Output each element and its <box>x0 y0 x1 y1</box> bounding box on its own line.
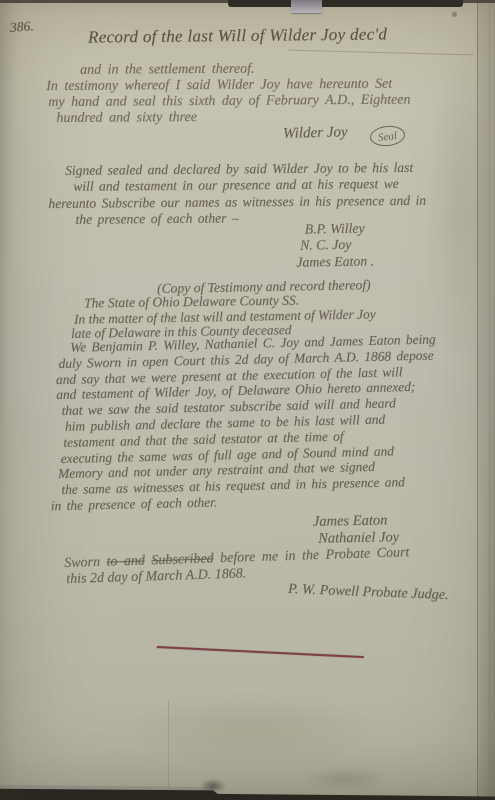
deponent-signature: James Eaton <box>313 512 399 530</box>
ink-spot <box>452 12 457 17</box>
will-closing-paragraph: and in the settlement thereof. In testim… <box>46 60 411 127</box>
attestation-paragraph: Signed sealed and declared by said Wilde… <box>48 160 426 228</box>
paper-stain <box>425 60 495 360</box>
witness-signatures: B.P. Willey N. C. Joy James Eaton . <box>296 220 375 271</box>
handwritten-line: the presence of each other – <box>75 209 426 228</box>
book-top-shadow <box>228 0 463 7</box>
witness-signature: James Eaton . <box>296 253 374 271</box>
paper-crease <box>288 50 473 56</box>
paper-stain <box>300 766 390 792</box>
paper-stain <box>120 688 380 768</box>
witness-signature: N. C. Joy <box>300 237 374 255</box>
handwritten-line: hereunto Subscribe our names as witnesse… <box>48 192 426 212</box>
deponent-signatures: James Eaton Nathaniel Joy <box>311 512 400 548</box>
struck-text: Subscribed <box>151 551 214 568</box>
handwritten-line: hundred and sixty three <box>56 109 410 128</box>
testator-signature: Wilder Joy <box>283 124 348 143</box>
ledger-page-scan: 386. Record of the last Will of Wilder J… <box>0 0 495 800</box>
witness-signature: B.P. Willey <box>305 220 374 238</box>
page-number: 386. <box>9 18 34 36</box>
testimony-paragraph: We Benjamin P. Willey, Nathaniel C. Joy … <box>58 331 439 513</box>
ledger-rule-line <box>157 646 364 658</box>
seal-label: Seal <box>378 130 398 144</box>
struck-text: to and <box>106 553 145 569</box>
paper-crease <box>168 700 169 788</box>
seal-stamp: Seal <box>369 124 406 148</box>
jurat-text: Sworn <box>64 555 100 571</box>
handwritten-line: my hand and seal this sixth day of Febru… <box>48 93 410 112</box>
judge-signature: P. W. Powell Probate Judge. <box>288 581 449 604</box>
jurat-text: before me in the Probate Court <box>220 545 410 566</box>
ink-smudge <box>200 779 226 793</box>
bookmark-tab <box>291 0 322 13</box>
record-title: Record of the last Will of Wilder Joy de… <box>88 24 387 47</box>
page-right-edge-line <box>489 0 490 800</box>
